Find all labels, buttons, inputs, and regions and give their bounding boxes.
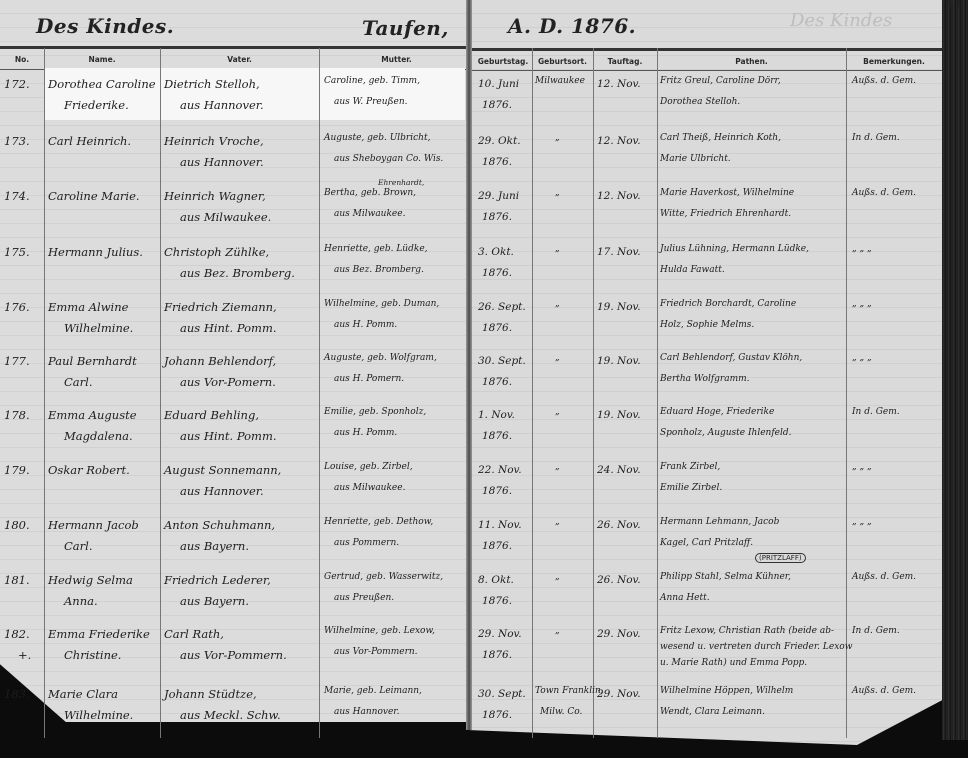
father-origin: aus Hannover. xyxy=(180,95,264,115)
birth-year: 1876. xyxy=(482,705,512,725)
child-name: Hermann Julius. xyxy=(48,242,143,262)
birth-year: 1876. xyxy=(482,426,512,446)
birth-place: „ xyxy=(555,186,560,201)
record-number: 183. xyxy=(4,684,30,704)
sponsors: Kagel, Carl Pritzlaff. xyxy=(660,536,753,551)
father-name: Friedrich Lederer, xyxy=(164,570,271,590)
sponsors: Bertha Wolfgramm. xyxy=(660,372,750,387)
birth-place: Milw. Co. xyxy=(540,705,582,720)
mother-origin: aus Pommern. xyxy=(334,536,399,551)
column-header: Pathen. xyxy=(657,52,846,72)
sponsor-note: (PRITZLAFF) xyxy=(755,553,806,563)
birth-date: 11. Nov. xyxy=(478,515,522,535)
remarks: Außs. d. Gem. xyxy=(852,570,916,585)
record-number: 182. xyxy=(4,624,30,644)
mother-name: Henriette, geb. Dethow, xyxy=(324,515,433,530)
child-name: Carl. xyxy=(64,536,93,556)
child-name: Magdalena. xyxy=(64,426,133,446)
birth-year: 1876. xyxy=(482,95,512,115)
birth-place: „ xyxy=(555,405,560,420)
sponsors: Marie Ulbricht. xyxy=(660,152,731,167)
sponsors: Fritz Lexow, Christian Rath (beide ab- xyxy=(660,624,834,639)
child-name: Hedwig Selma xyxy=(48,570,133,590)
mother-name: Henriette, geb. Lüdke, xyxy=(324,242,428,257)
baptism-date: 12. Nov. xyxy=(597,186,641,206)
remarks: Außs. d. Gem. xyxy=(852,74,916,89)
column-header: No. xyxy=(0,50,44,70)
sponsors: u. Marie Rath) und Emma Popp. xyxy=(660,656,807,671)
center-title: Taufen, xyxy=(362,16,449,40)
column-header: Geburtsort. xyxy=(532,52,593,72)
birth-place: „ xyxy=(555,297,560,312)
birth-place: „ xyxy=(555,515,560,530)
father-name: Dietrich Stelloh, xyxy=(164,74,260,94)
birth-date: 29. Juni xyxy=(478,186,519,206)
column-divider xyxy=(532,48,533,738)
baptism-date: 26. Nov. xyxy=(597,570,641,590)
header-rule-left xyxy=(0,46,466,49)
baptism-date: 29. Nov. xyxy=(597,624,641,644)
sponsors: Philipp Stahl, Selma Kühner, xyxy=(660,570,791,585)
father-origin: aus Bayern. xyxy=(180,591,249,611)
mother-origin: aus Preußen. xyxy=(334,591,394,606)
register-book: Des Kindes. Taufen, A. D. 1876. Des Kind… xyxy=(0,0,968,758)
mother-name: Marie, geb. Leimann, xyxy=(324,684,422,699)
page-number: 41 xyxy=(946,0,963,10)
mother-name: Auguste, geb. Wolfgram, xyxy=(324,351,437,366)
sponsors: Witte, Friedrich Ehrenhardt. xyxy=(660,207,791,222)
mother-name: Auguste, geb. Ulbricht, xyxy=(324,131,430,146)
record-number: 177. xyxy=(4,351,30,371)
baptism-date: 19. Nov. xyxy=(597,405,641,425)
record-number: 175. xyxy=(4,242,30,262)
left-title: Des Kindes. xyxy=(36,14,174,38)
birth-date: 1. Nov. xyxy=(478,405,515,425)
column-header: Bemerkungen. xyxy=(846,52,942,72)
header-rule-right xyxy=(472,48,942,51)
child-name: Dorothea Caroline xyxy=(48,74,156,94)
birth-year: 1876. xyxy=(482,152,512,172)
child-name: Paul Bernhardt xyxy=(48,351,137,371)
birth-place: „ xyxy=(555,351,560,366)
remarks: In d. Gem. xyxy=(852,131,900,146)
sponsors: Eduard Hoge, Friederike xyxy=(660,405,774,420)
bleed-through-title: Des Kindes xyxy=(790,10,892,31)
birth-year: 1876. xyxy=(482,536,512,556)
child-name: Carl. xyxy=(64,372,93,392)
child-name: Emma Auguste xyxy=(48,405,137,425)
father-name: August Sonnemann, xyxy=(164,460,281,480)
child-name: Christine. xyxy=(64,645,121,665)
father-origin: aus Bayern. xyxy=(180,536,249,556)
record-number: 176. xyxy=(4,297,30,317)
father-name: Carl Rath, xyxy=(164,624,224,644)
father-origin: aus Bez. Bromberg. xyxy=(180,263,295,283)
page-edges xyxy=(942,0,968,740)
father-origin: aus Vor-Pommern. xyxy=(180,645,287,665)
birth-year: 1876. xyxy=(482,318,512,338)
birth-place: „ xyxy=(555,624,560,639)
remarks: In d. Gem. xyxy=(852,624,900,639)
birth-year: 1876. xyxy=(482,263,512,283)
sponsors: Julius Lühning, Hermann Lüdke, xyxy=(660,242,809,257)
father-origin: aus Vor-Pomern. xyxy=(180,372,276,392)
father-name: Heinrich Vroche, xyxy=(164,131,264,151)
child-name: Carl Heinrich. xyxy=(48,131,131,151)
remarks: „ „ „ xyxy=(852,351,872,366)
mother-origin: aus H. Pomm. xyxy=(334,426,397,441)
birth-place: Milwaukee xyxy=(535,74,585,89)
birth-date: 29. Nov. xyxy=(478,624,522,644)
birth-place: „ xyxy=(555,242,560,257)
mother-name: Emilie, geb. Sponholz, xyxy=(324,405,426,420)
sponsors: Wendt, Clara Leimann. xyxy=(660,705,765,720)
birth-year: 1876. xyxy=(482,207,512,227)
child-name: Anna. xyxy=(64,591,98,611)
father-name: Heinrich Wagner, xyxy=(164,186,266,206)
sponsors: Hulda Fawatt. xyxy=(660,263,725,278)
birth-year: 1876. xyxy=(482,591,512,611)
father-origin: aus Meckl. Schw. xyxy=(180,705,281,725)
father-origin: aus Hint. Pomm. xyxy=(180,318,277,338)
baptism-date: 19. Nov. xyxy=(597,297,641,317)
father-name: Anton Schuhmann, xyxy=(164,515,275,535)
birth-date: 26. Sept. xyxy=(478,297,526,317)
father-name: Eduard Behling, xyxy=(164,405,259,425)
father-origin: aus Hannover. xyxy=(180,481,264,501)
father-name: Christoph Zühlke, xyxy=(164,242,269,262)
remarks: „ „ „ xyxy=(852,515,872,530)
column-divider xyxy=(846,48,847,738)
sponsors: Friedrich Borchardt, Caroline xyxy=(660,297,796,312)
book-spine xyxy=(466,0,472,730)
birth-year: 1876. xyxy=(482,645,512,665)
mother-name: Bertha, geb. Brown, xyxy=(324,186,416,201)
birth-date: 3. Okt. xyxy=(478,242,514,262)
child-name: Friederike. xyxy=(64,95,129,115)
remarks: Außs. d. Gem. xyxy=(852,186,916,201)
sponsors: Sponholz, Auguste Ihlenfeld. xyxy=(660,426,791,441)
father-name: Johann Behlendorf, xyxy=(164,351,276,371)
birth-date: 29. Okt. xyxy=(478,131,521,151)
child-name: Wilhelmine. xyxy=(64,705,133,725)
column-divider xyxy=(44,48,45,738)
baptism-date: 19. Nov. xyxy=(597,351,641,371)
sponsors: Wilhelmine Höppen, Wilhelm xyxy=(660,684,793,699)
birth-year: 1876. xyxy=(482,481,512,501)
column-header: Name. xyxy=(44,50,160,70)
baptism-date: 24. Nov. xyxy=(597,460,641,480)
mother-origin: aus Milwaukee. xyxy=(334,481,405,496)
mother-name: Caroline, geb. Timm, xyxy=(324,74,420,89)
mother-origin: aus H. Pomm. xyxy=(334,318,397,333)
year-title: A. D. 1876. xyxy=(508,14,636,38)
baptism-date: 12. Nov. xyxy=(597,74,641,94)
sponsors: Carl Behlendorf, Gustav Klöhn, xyxy=(660,351,802,366)
column-divider xyxy=(319,48,320,738)
child-name: Caroline Marie. xyxy=(48,186,140,206)
sponsors: Emilie Zirbel. xyxy=(660,481,722,496)
mother-name: Louise, geb. Zirbel, xyxy=(324,460,413,475)
remarks: „ „ „ xyxy=(852,242,872,257)
child-name: Oskar Robert. xyxy=(48,460,130,480)
mother-origin: aus W. Preußen. xyxy=(334,95,408,110)
column-divider xyxy=(593,48,594,738)
mother-origin: aus Vor-Pommern. xyxy=(334,645,418,660)
record-number: 179. xyxy=(4,460,30,480)
mother-name: Gertrud, geb. Wasserwitz, xyxy=(324,570,443,585)
child-name: Wilhelmine. xyxy=(64,318,133,338)
column-header: Geburtstag. xyxy=(474,52,532,72)
sponsors: Carl Theiß, Heinrich Koth, xyxy=(660,131,781,146)
record-number: 173. xyxy=(4,131,30,151)
birth-date: 30. Sept. xyxy=(478,684,526,704)
mother-origin: aus Bez. Bromberg. xyxy=(334,263,424,278)
baptism-date: 17. Nov. xyxy=(597,242,641,262)
sponsors: Dorothea Stelloh. xyxy=(660,95,740,110)
sponsors: Anna Hett. xyxy=(660,591,710,606)
father-name: Johann Stüdtze, xyxy=(164,684,257,704)
sponsors: Frank Zirbel, xyxy=(660,460,720,475)
mother-origin: aus H. Pomern. xyxy=(334,372,404,387)
remarks: In d. Gem. xyxy=(852,405,900,420)
birth-date: 10. Juni xyxy=(478,74,519,94)
sponsors: Hermann Lehmann, Jacob xyxy=(660,515,779,530)
baptism-date: 26. Nov. xyxy=(597,515,641,535)
record-number: 174. xyxy=(4,186,30,206)
father-origin: aus Milwaukee. xyxy=(180,207,271,227)
birth-year: 1876. xyxy=(482,372,512,392)
record-number: 181. xyxy=(4,570,30,590)
birth-date: 30. Sept. xyxy=(478,351,526,371)
mother-origin: aus Sheboygan Co. Wis. xyxy=(334,152,443,167)
birth-place: „ xyxy=(555,460,560,475)
father-origin: aus Hannover. xyxy=(180,152,264,172)
record-number: 172. xyxy=(4,74,30,94)
father-name: Friedrich Ziemann, xyxy=(164,297,277,317)
record-number: 178. xyxy=(4,405,30,425)
column-divider xyxy=(160,48,161,738)
child-name: Hermann Jacob xyxy=(48,515,139,535)
remarks: „ „ „ xyxy=(852,460,872,475)
baptism-date: 12. Nov. xyxy=(597,131,641,151)
sponsors: wesend u. vertreten durch Frieder. Lexow xyxy=(660,640,852,655)
child-name: Emma Alwine xyxy=(48,297,128,317)
father-origin: aus Hint. Pomm. xyxy=(180,426,277,446)
column-header: Tauftag. xyxy=(593,52,657,72)
child-name: Marie Clara xyxy=(48,684,118,704)
mother-origin: aus Hannover. xyxy=(334,705,399,720)
sponsors: Marie Haverkost, Wilhelmine xyxy=(660,186,794,201)
column-divider xyxy=(657,48,658,738)
deceased-mark: +. xyxy=(18,645,31,665)
mother-name: Wilhelmine, geb. Lexow, xyxy=(324,624,435,639)
column-header: Vater. xyxy=(160,50,319,70)
birth-place: „ xyxy=(555,570,560,585)
birth-date: 8. Okt. xyxy=(478,570,514,590)
child-name: Emma Friederike xyxy=(48,624,150,644)
column-header: Mutter. xyxy=(319,50,474,70)
mother-correction: Ehrenhardt, xyxy=(378,178,424,187)
birth-place: „ xyxy=(555,131,560,146)
remarks: „ „ „ xyxy=(852,297,872,312)
mother-origin: aus Milwaukee. xyxy=(334,207,405,222)
remarks: Außs. d. Gem. xyxy=(852,684,916,699)
baptism-date: 29. Nov. xyxy=(597,684,641,704)
sponsors: Holz, Sophie Melms. xyxy=(660,318,754,333)
record-number: 180. xyxy=(4,515,30,535)
mother-name: Wilhelmine, geb. Duman, xyxy=(324,297,439,312)
sponsors: Fritz Greul, Caroline Dörr, xyxy=(660,74,781,89)
birth-place: Town Franklin, xyxy=(535,684,604,699)
birth-date: 22. Nov. xyxy=(478,460,522,480)
